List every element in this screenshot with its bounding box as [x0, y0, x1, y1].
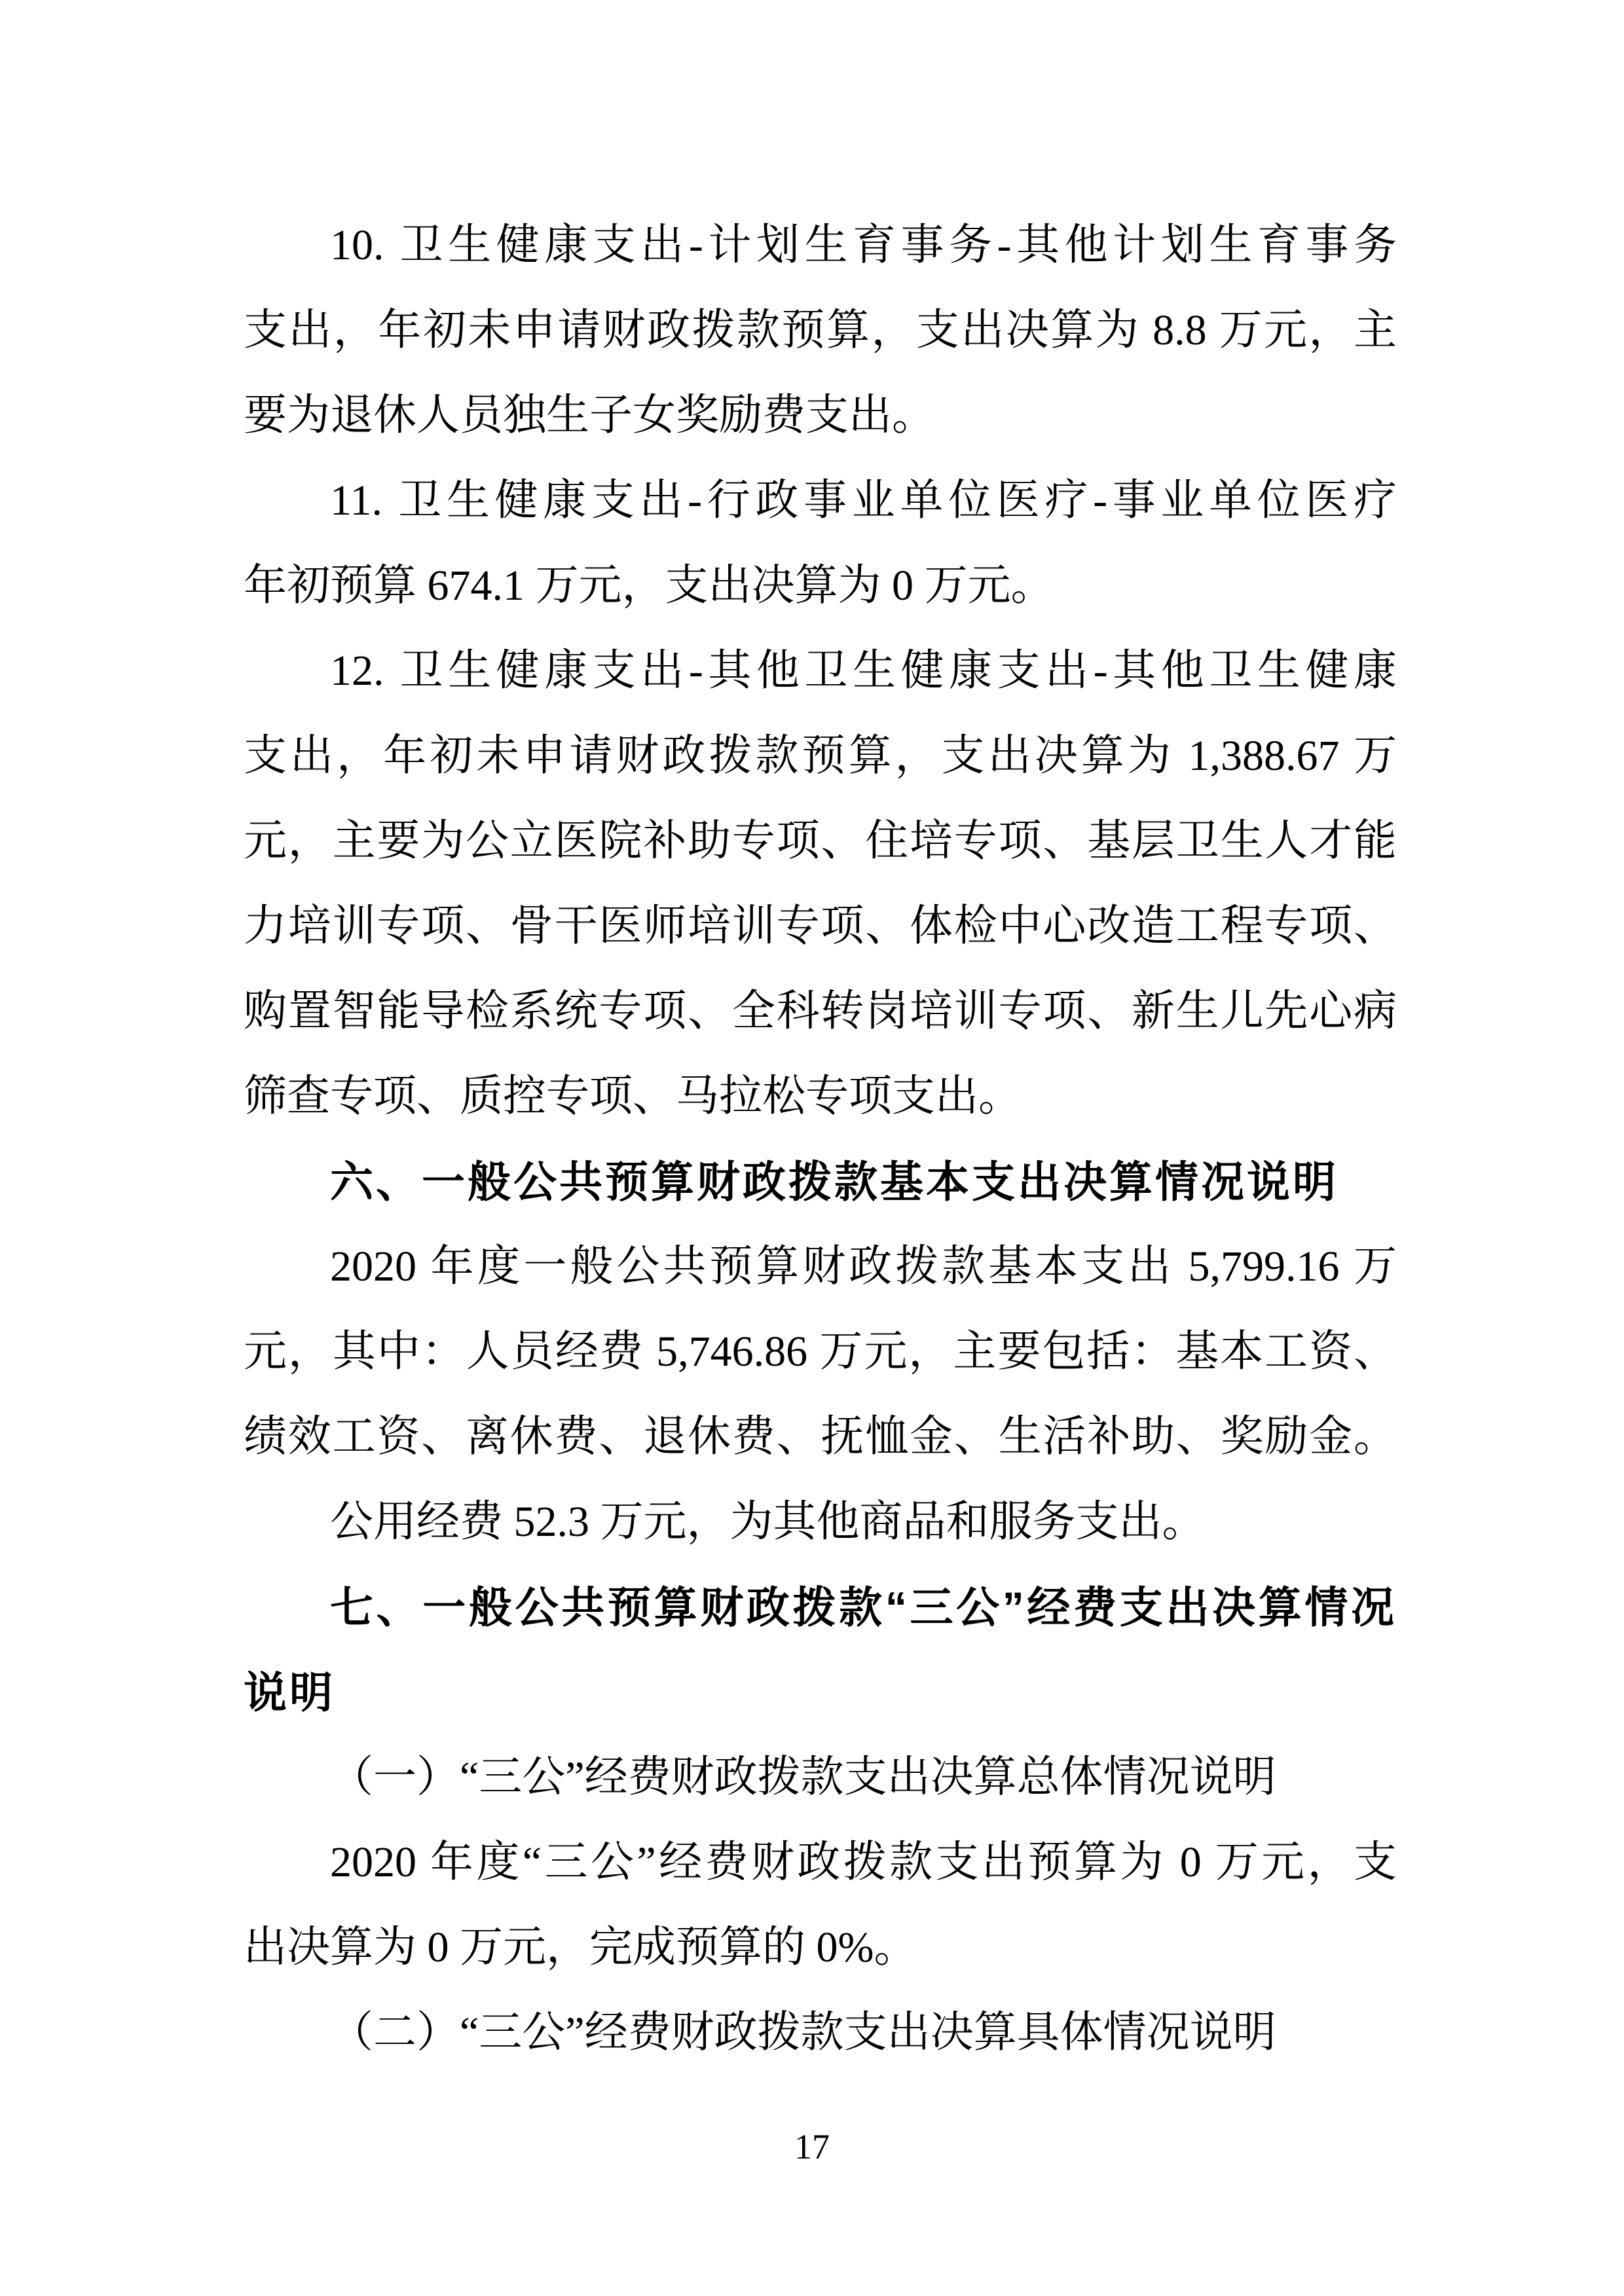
section-7-1-para-line-1: 2020 年度“三公”经费财政拨款支出预算为 0 万元，支	[244, 1820, 1397, 1905]
page-number: 17	[0, 2129, 1624, 2164]
item-11-line-2: 年初预算 674.1 万元，支出决算为 0 万元。	[244, 543, 1397, 629]
section-6-para-1-line-3: 绩效工资、离休费、退休费、抚恤金、生活补助、奖励金。	[244, 1394, 1397, 1480]
heading-section-7-line-2: 说明	[244, 1650, 1397, 1735]
item-12-line-6: 筛查专项、质控专项、马拉松专项支出。	[244, 1054, 1397, 1139]
item-10-line-1: 10. 卫生健康支出-计划生育事务-其他计划生育事务	[244, 203, 1397, 288]
item-11-line-1: 11. 卫生健康支出-行政事业单位医疗-事业单位医疗	[244, 458, 1397, 543]
item-12-line-4: 力培训专项、骨干医师培训专项、体检中心改造工程专项、	[244, 884, 1397, 969]
item-12-line-3: 元，主要为公立医院补助专项、住培专项、基层卫生人才能	[244, 799, 1397, 884]
item-10-line-2: 支出，年初未申请财政拨款预算，支出决算为 8.8 万元，主	[244, 288, 1397, 373]
item-10-line-3: 要为退休人员独生子女奖励费支出。	[244, 373, 1397, 458]
heading-section-7-2: （二）“三公”经费财政拨款支出决算具体情况说明	[244, 1990, 1397, 2075]
document-page: 10. 卫生健康支出-计划生育事务-其他计划生育事务 支出，年初未申请财政拨款预…	[0, 0, 1624, 2296]
heading-section-6: 六、一般公共预算财政拨款基本支出决算情况说明	[244, 1139, 1397, 1224]
section-6-para-2: 公用经费 52.3 万元，为其他商品和服务支出。	[244, 1480, 1397, 1565]
item-12-line-2: 支出，年初未申请财政拨款预算，支出决算为 1,388.67 万	[244, 714, 1397, 799]
section-7-1-para-line-2: 出决算为 0 万元，完成预算的 0%。	[244, 1905, 1397, 1990]
heading-section-7-1: （一）“三公”经费财政拨款支出决算总体情况说明	[244, 1735, 1397, 1820]
item-12-line-5: 购置智能导检系统专项、全科转岗培训专项、新生儿先心病	[244, 969, 1397, 1054]
section-6-para-1-line-1: 2020 年度一般公共预算财政拨款基本支出 5,799.16 万	[244, 1224, 1397, 1309]
document-body: 10. 卫生健康支出-计划生育事务-其他计划生育事务 支出，年初未申请财政拨款预…	[244, 203, 1397, 2075]
section-6-para-1-line-2: 元，其中：人员经费 5,746.86 万元，主要包括：基本工资、	[244, 1309, 1397, 1394]
item-12-line-1: 12. 卫生健康支出-其他卫生健康支出-其他卫生健康	[244, 629, 1397, 714]
heading-section-7-line-1: 七、一般公共预算财政拨款“三公”经费支出决算情况	[244, 1565, 1397, 1650]
